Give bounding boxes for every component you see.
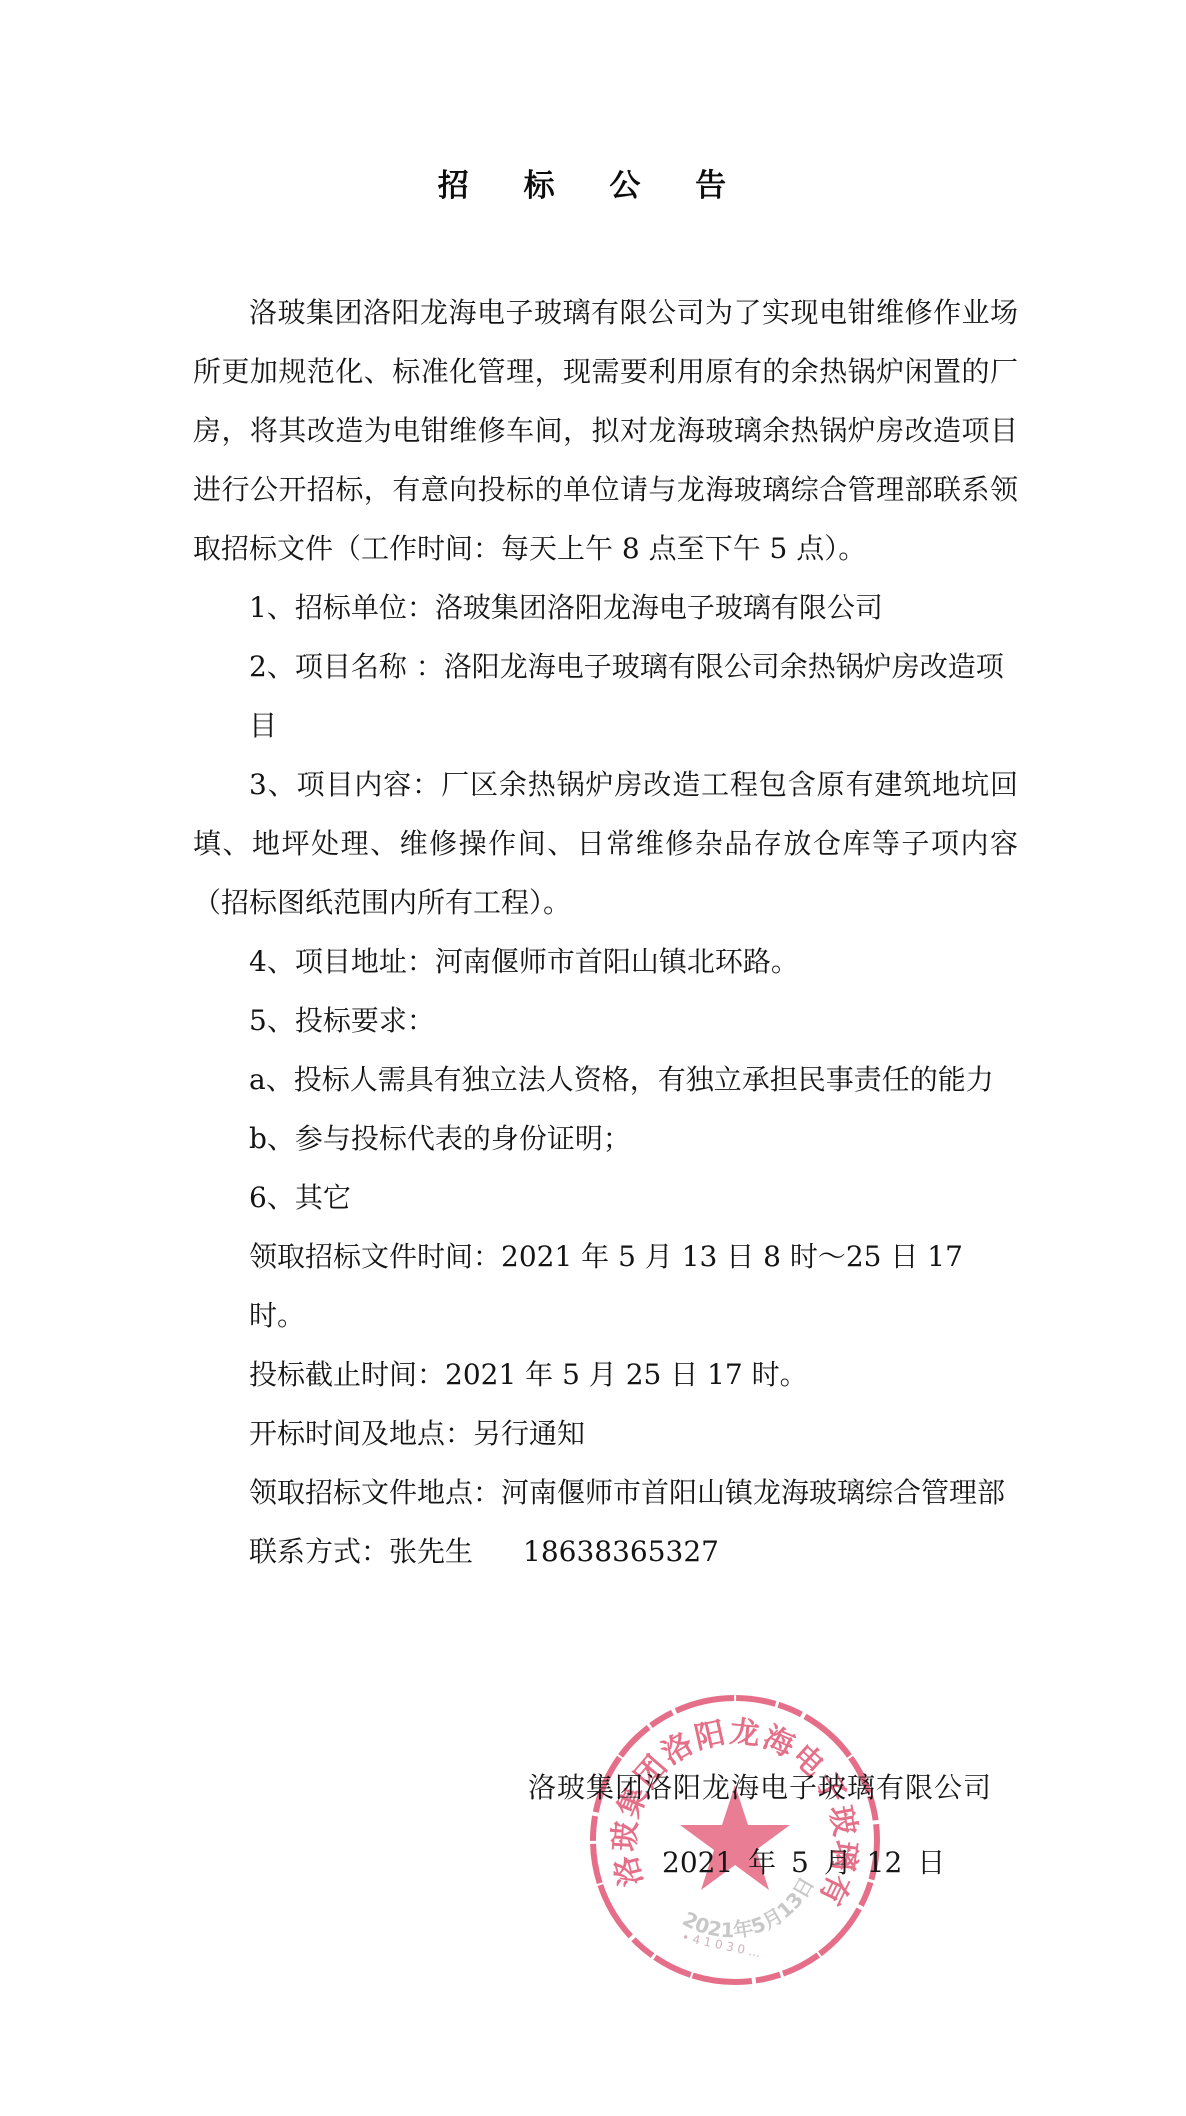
- other-heading: 6、其它: [193, 1168, 1018, 1227]
- line-label: 开标时间及地点：: [249, 1417, 473, 1450]
- line-label: 领取招标文件地点：: [249, 1476, 501, 1509]
- document-pickup-location: 领取招标文件地点：河南偃师市首阳山镇龙海玻璃综合管理部: [193, 1463, 1018, 1522]
- document-page: 招 标 公 告 洛玻集团洛阳龙海电子玻璃有限公司为了实现电钳维修作业场所更加规范…: [0, 0, 1186, 2116]
- item-value: 洛玻集团洛阳龙海电子玻璃有限公司: [435, 591, 883, 624]
- document-title: 招 标 公 告: [0, 160, 1186, 205]
- document-body: 洛玻集团洛阳龙海电子玻璃有限公司为了实现电钳维修作业场所更加规范化、标准化管理，…: [193, 283, 1018, 1581]
- item-bid-requirements: 5、投标要求：: [193, 991, 1018, 1050]
- line-value: 2021 年 5 月 25 日 17 时。: [445, 1358, 808, 1391]
- item-label: 1、招标单位：: [249, 591, 435, 624]
- signature-date: 2021 年 5 月 12 日: [662, 1843, 945, 1883]
- contact-phone: 18638365327: [523, 1535, 719, 1568]
- item-value: 河南偃师市首阳山镇北环路。: [435, 945, 799, 978]
- intro-paragraph: 洛玻集团洛阳龙海电子玻璃有限公司为了实现电钳维修作业场所更加规范化、标准化管理，…: [193, 283, 1018, 578]
- item-project-name: 2、项目名称 ：洛阳龙海电子玻璃有限公司余热锅炉房改造项目: [193, 637, 1018, 755]
- item-label: 4、项目地址：: [249, 945, 435, 978]
- item-label: 5、投标要求：: [249, 1004, 435, 1037]
- bid-deadline: 投标截止时间：2021 年 5 月 25 日 17 时。: [193, 1345, 1018, 1404]
- contact-name: 张先生: [389, 1535, 473, 1568]
- bid-opening: 开标时间及地点：另行通知: [193, 1404, 1018, 1463]
- line-value: 河南偃师市首阳山镇龙海玻璃综合管理部: [501, 1476, 1005, 1509]
- item-project-address: 4、项目地址：河南偃师市首阳山镇北环路。: [193, 932, 1018, 991]
- company-seal-icon: 洛玻集团洛阳龙海电子玻璃有限公司 2021年5月13日印 • 4 1 0 3 0…: [585, 1690, 885, 1990]
- requirement-a: a、投标人需具有独立法人资格，有独立承担民事责任的能力: [193, 1050, 1018, 1109]
- requirement-b: b、参与投标代表的身份证明；: [193, 1109, 1018, 1168]
- item-bidding-unit: 1、招标单位：洛玻集团洛阳龙海电子玻璃有限公司: [193, 578, 1018, 637]
- item-label: 3、项目内容：: [249, 768, 441, 801]
- item-label: 2、项目名称 ：: [249, 650, 444, 683]
- contact-label: 联系方式：: [249, 1535, 389, 1568]
- signature-company: 洛玻集团洛阳龙海电子玻璃有限公司: [528, 1768, 992, 1808]
- item-project-content: 3、项目内容：厂区余热锅炉房改造工程包含原有建筑地坑回填、地坪处理、维修操作间、…: [193, 755, 1018, 932]
- line-value: 另行通知: [473, 1417, 585, 1450]
- document-pickup-time: 领取招标文件时间：2021 年 5 月 13 日 8 时～25 日 17 时。: [193, 1227, 1018, 1345]
- line-label: 领取招标文件时间：: [249, 1240, 501, 1273]
- line-label: 投标截止时间：: [249, 1358, 445, 1391]
- contact-line: 联系方式：张先生18638365327: [193, 1522, 1018, 1581]
